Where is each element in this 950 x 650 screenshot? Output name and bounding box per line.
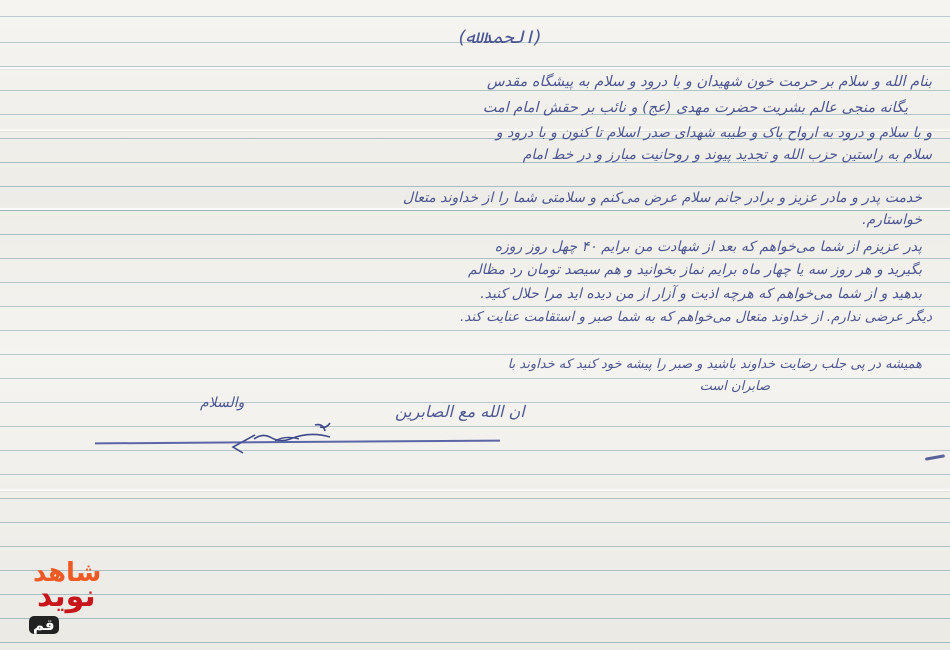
letter-line: یگانه منجی عالم بشریت حضرت مهدی (عج) و ن… — [483, 96, 908, 120]
letter-title: (الحمد ﷲ) — [400, 26, 600, 50]
letter-line: پدر عزیزم از شما می‌خواهم که بعد از شهاد… — [495, 235, 922, 259]
letter-line: سلام به راستین حزب الله و تجدید پیوند و … — [523, 143, 932, 167]
logo-bottom-word: نوید — [37, 582, 96, 612]
letter-line: خدمت پدر و مادر عزیز و برادر جانم سلام ع… — [403, 186, 922, 210]
letter-line: بنام الله و سلام بر حرمت خون شهیدان و با… — [487, 70, 932, 94]
signature-mark — [215, 415, 345, 455]
letter-line: بدهید و از شما می‌خواهم که هرچه اذیت و آ… — [480, 282, 922, 306]
logo-city-label: قم — [29, 616, 59, 634]
navid-shahed-logo: شاهد نوید قم — [25, 558, 115, 638]
letter-line: صابران است — [700, 375, 770, 399]
letter-line: همیشه در پی جلب رضایت خداوند باشید و صبر… — [508, 353, 922, 377]
paper-crease — [0, 489, 950, 491]
letter-verse: ان الله مع الصابرین — [395, 400, 525, 424]
paper-crease — [0, 67, 950, 69]
letter-line: و با سلام و درود به ارواح پاک و طیبه شهد… — [496, 121, 932, 145]
letter-closing: والسلام — [200, 391, 244, 415]
letter-line: بگیرید و هر روز سه یا چهار ماه برایم نما… — [468, 258, 922, 282]
letter-line: دیگر عرضی ندارم. از خداوند متعال می‌خواه… — [460, 305, 932, 329]
letter-line: خواستارم. — [862, 208, 922, 232]
